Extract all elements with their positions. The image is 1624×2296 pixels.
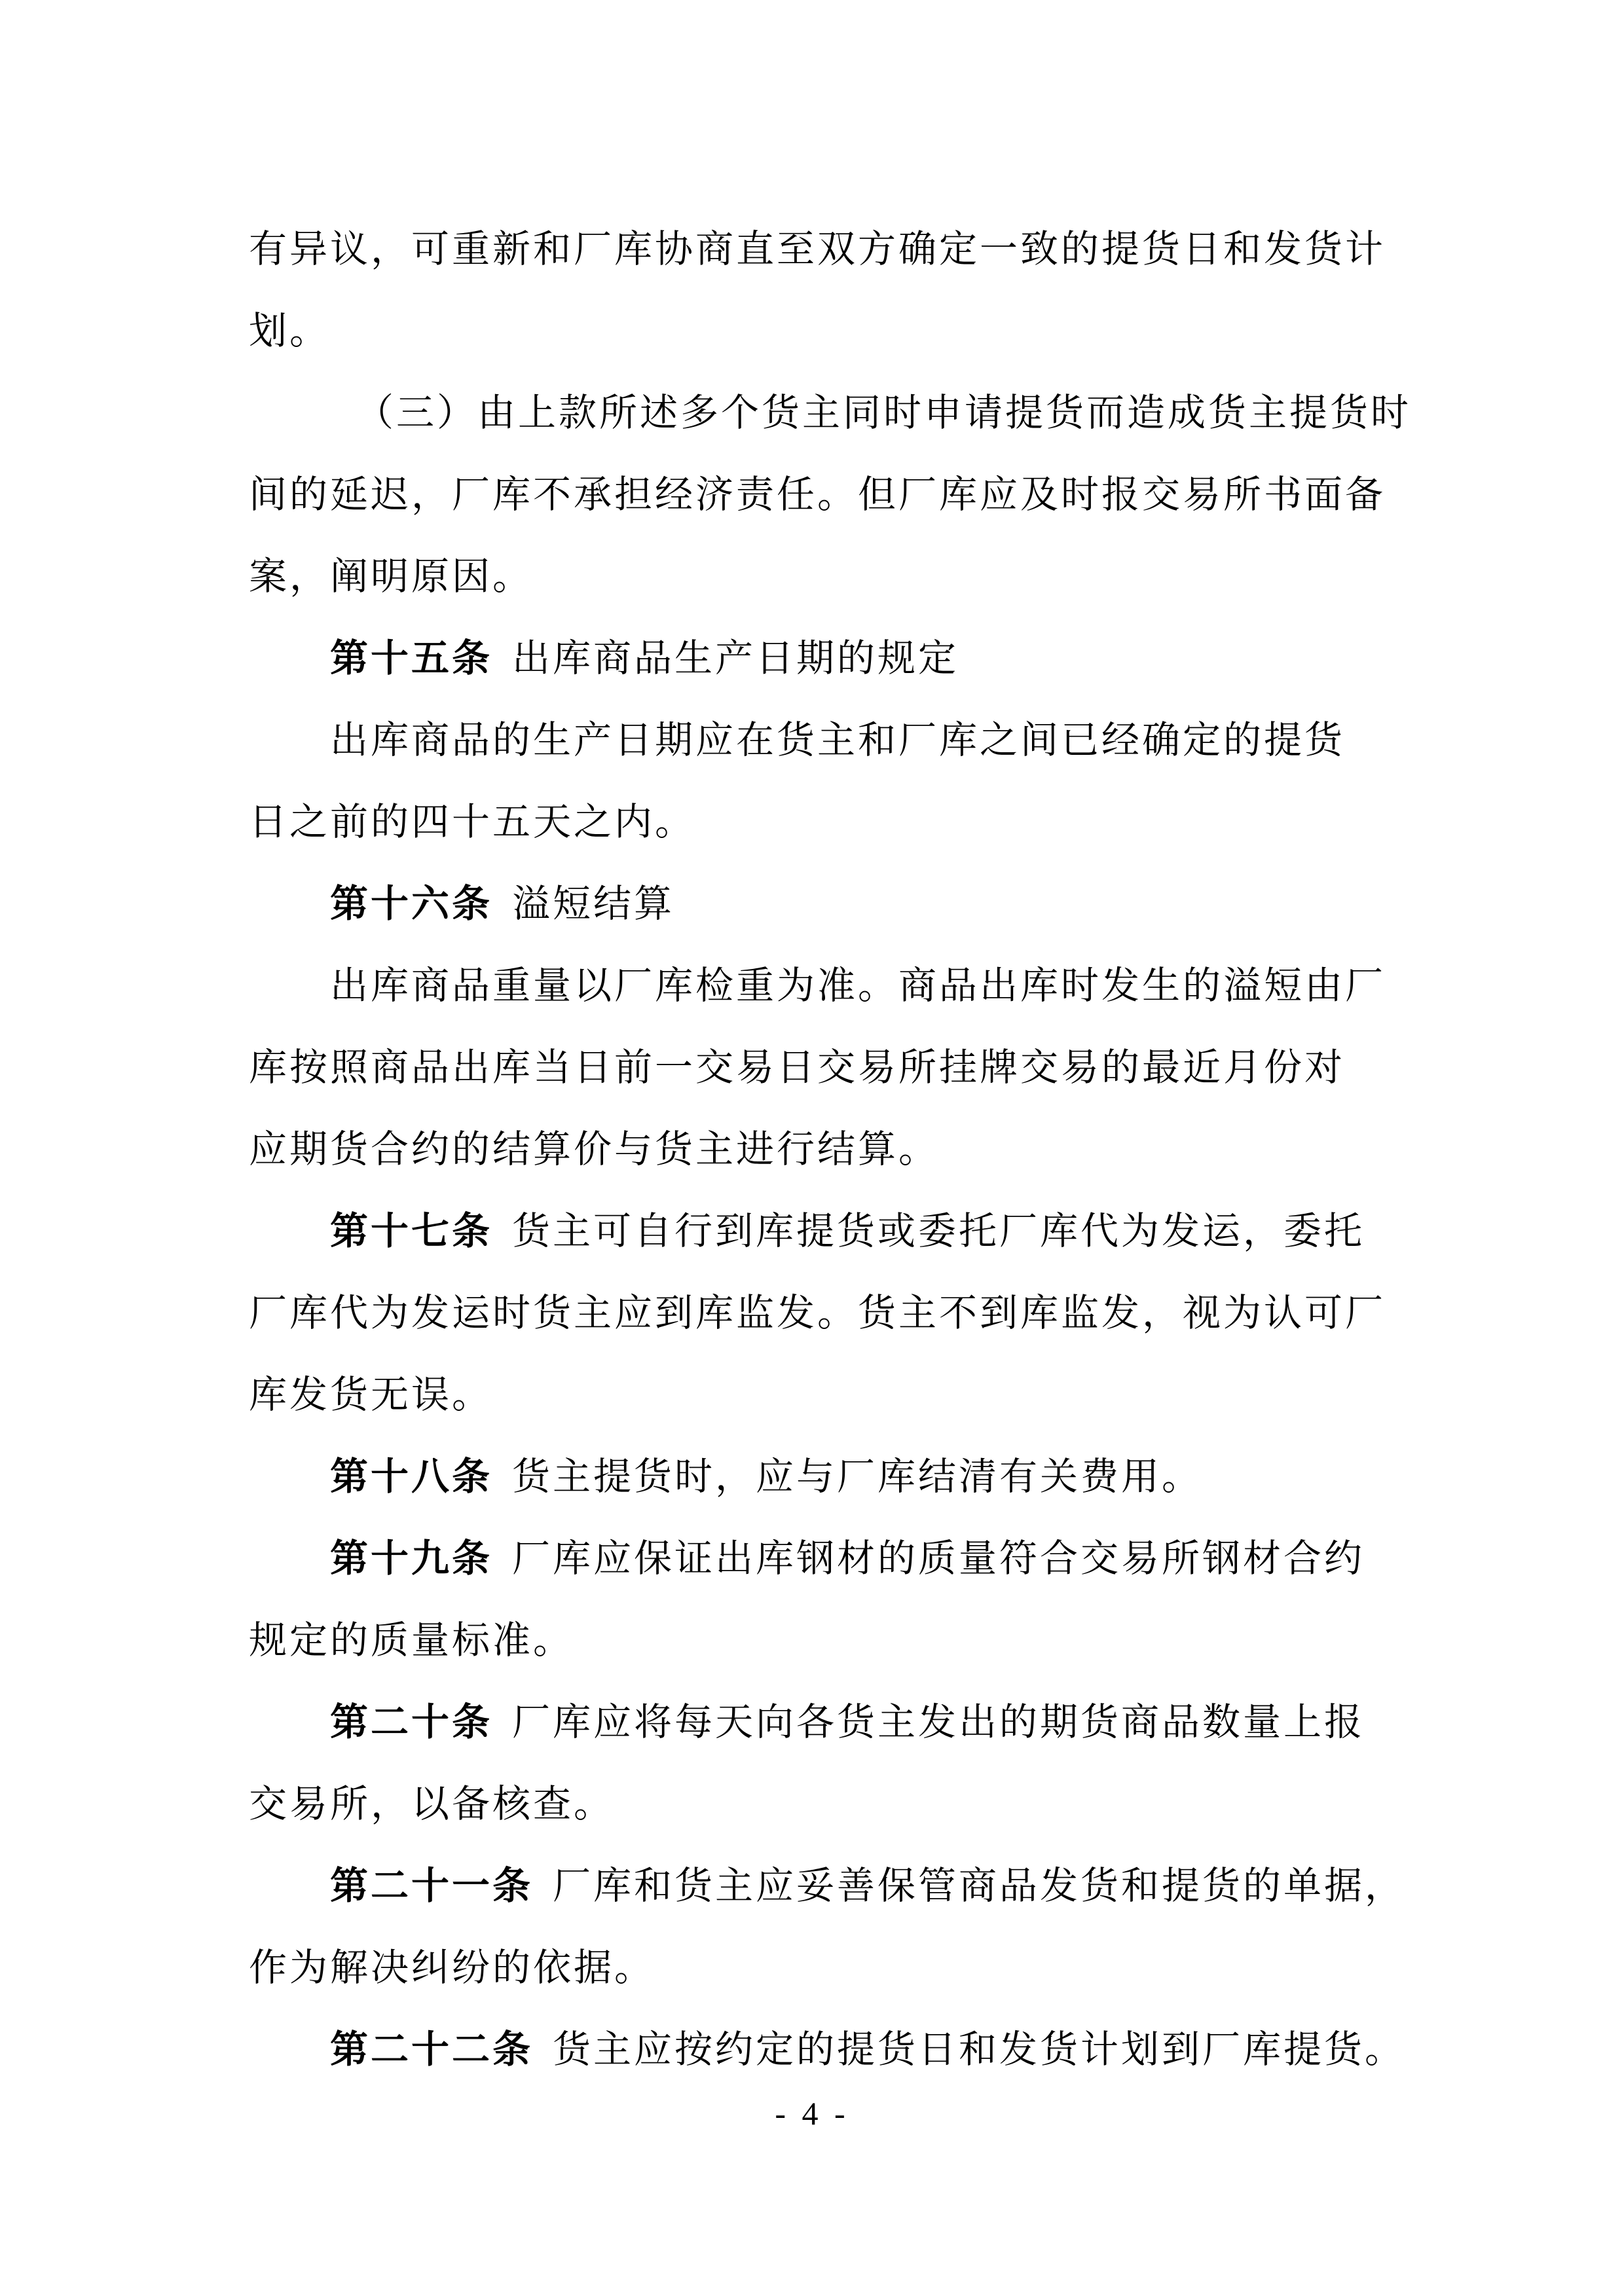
text-line: 间的延迟，厂库不承担经济责任。但厂库应及时报交易所书面备 <box>249 454 1386 536</box>
article-text: 厂库和货主应妥善保管商品发货和提货的单据， <box>553 1863 1405 1908</box>
text-line: 规定的质量标准。 <box>249 1599 574 1681</box>
article-number: 第十五条 <box>330 636 492 680</box>
text-line: 案，阐明原因。 <box>249 536 533 617</box>
line-text: 出库商品的生产日期应在货主和厂库之间已经确定的提货 <box>330 718 1345 762</box>
article-number: 第十九条 <box>330 1536 492 1580</box>
article-text: 货主可自行到库提货或委托厂库代为发运，委托 <box>512 1209 1365 1253</box>
article-title: 溢短结算 <box>512 881 674 926</box>
article-number: 第十八条 <box>330 1454 492 1499</box>
line-text: 厂库代为发运时货主应到库监发。货主不到库监发，视为认可厂 <box>249 1290 1386 1335</box>
line-text: 交易所，以备核查。 <box>249 1781 614 1826</box>
text-line: 应期货合约的结算价与货主进行结算。 <box>249 1108 939 1190</box>
article-number: 第二十一条 <box>330 1863 533 1908</box>
text-line: 出库商品的生产日期应在货主和厂库之间已经确定的提货 <box>330 699 1345 781</box>
line-text: 间的延迟，厂库不承担经济责任。但厂库应及时报交易所书面备 <box>249 472 1386 517</box>
article-number: 第二十二条 <box>330 2027 533 2071</box>
text-line: 库按照商品出库当日前一交易日交易所挂牌交易的最近月份对 <box>249 1027 1345 1108</box>
document-page: 有异议，可重新和厂库协商直至双方确定一致的提货日和发货计 划。 （三）由上款所述… <box>0 0 1624 2296</box>
text-line: 划。 <box>249 290 330 372</box>
article-line: 第十八条货主提货时，应与厂库结清有关费用。 <box>330 1436 1202 1518</box>
line-text: 库发货无误。 <box>249 1372 492 1417</box>
article-text: 厂库应将每天向各货主发出的期货商品数量上报 <box>512 1700 1365 1744</box>
article-heading-line: 第十六条溢短结算 <box>330 863 674 945</box>
article-line: 第十七条货主可自行到库提货或委托厂库代为发运，委托 <box>330 1190 1365 1272</box>
line-text: 作为解决纠纷的依据。 <box>249 1945 655 1990</box>
article-title: 出库商品生产日期的规定 <box>512 636 959 680</box>
line-text: 划。 <box>249 308 330 353</box>
line-text: 日之前的四十五天之内。 <box>249 799 695 844</box>
text-line: 交易所，以备核查。 <box>249 1763 614 1845</box>
text-line: 库发货无误。 <box>249 1354 492 1436</box>
article-number: 第十六条 <box>330 881 492 926</box>
text-line: （三）由上款所述多个货主同时申请提货而造成货主提货时 <box>356 372 1411 454</box>
article-number: 第二十条 <box>330 1700 492 1744</box>
article-text: 货主应按约定的提货日和发货计划到厂库提货。 <box>553 2027 1405 2071</box>
article-line: 第二十条厂库应将每天向各货主发出的期货商品数量上报 <box>330 1681 1365 1763</box>
text-line: 日之前的四十五天之内。 <box>249 781 695 863</box>
line-text: 出库商品重量以厂库检重为准。商品出库时发生的溢短由厂 <box>330 963 1386 1008</box>
text-line: 作为解决纠纷的依据。 <box>249 1927 655 2009</box>
text-line: 出库商品重量以厂库检重为准。商品出库时发生的溢短由厂 <box>330 945 1386 1027</box>
line-text: 案，阐明原因。 <box>249 554 533 598</box>
line-text: 库按照商品出库当日前一交易日交易所挂牌交易的最近月份对 <box>249 1045 1345 1089</box>
page-number: - 4 - <box>0 2092 1624 2135</box>
line-text: 规定的质量标准。 <box>249 1618 574 1662</box>
article-number: 第十七条 <box>330 1209 492 1253</box>
article-line: 第二十二条货主应按约定的提货日和发货计划到厂库提货。 <box>330 2009 1405 2090</box>
article-heading-line: 第十五条出库商品生产日期的规定 <box>330 617 959 699</box>
text-line: 厂库代为发运时货主应到库监发。货主不到库监发，视为认可厂 <box>249 1272 1386 1354</box>
article-line: 第十九条厂库应保证出库钢材的质量符合交易所钢材合约 <box>330 1518 1365 1599</box>
line-text: 有异议，可重新和厂库协商直至双方确定一致的提货日和发货计 <box>249 227 1386 271</box>
line-text: （三）由上款所述多个货主同时申请提货而造成货主提货时 <box>356 390 1411 435</box>
article-text: 厂库应保证出库钢材的质量符合交易所钢材合约 <box>512 1536 1365 1580</box>
text-line: 有异议，可重新和厂库协商直至双方确定一致的提货日和发货计 <box>249 208 1386 290</box>
article-line: 第二十一条厂库和货主应妥善保管商品发货和提货的单据， <box>330 1845 1405 1927</box>
article-text: 货主提货时，应与厂库结清有关费用。 <box>512 1454 1202 1499</box>
line-text: 应期货合约的结算价与货主进行结算。 <box>249 1127 939 1171</box>
